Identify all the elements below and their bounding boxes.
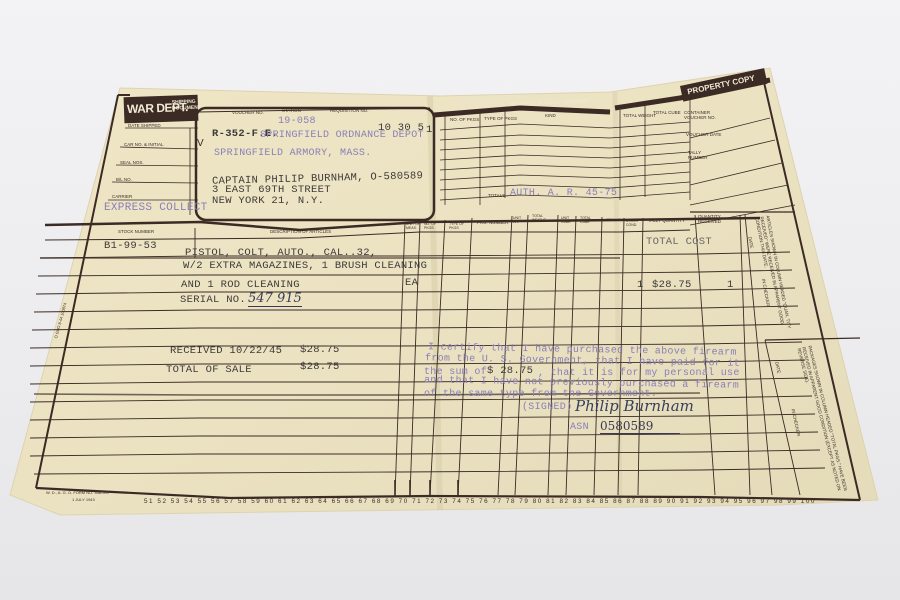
label-station: STATION bbox=[282, 108, 301, 113]
shipping-document-photo: WAR DEPT. SHIPPING DOCUMENT PROPERTY COP… bbox=[0, 0, 900, 600]
signed-label: (SIGNED) bbox=[522, 402, 572, 413]
asn-value: 0580589 bbox=[600, 419, 680, 434]
col-stock-number: STOCK NUMBER bbox=[118, 229, 154, 234]
sheet-value: 1 bbox=[426, 124, 433, 136]
col-tally-quantity: TALLY QUANTITY bbox=[648, 218, 685, 223]
recap-totals-label: TOTALS bbox=[488, 193, 505, 198]
total-cost-label: TOTAL COST bbox=[646, 236, 712, 248]
station-value: 19-058 bbox=[278, 116, 316, 127]
war-dept-header: WAR DEPT. SHIPPING DOCUMENT bbox=[124, 95, 199, 124]
col-description: DESCRIPTION OF ARTICLES bbox=[270, 229, 331, 234]
serial-label: SERIAL NO. bbox=[180, 294, 246, 306]
recap-col-pkgs: NO. OF PKGS bbox=[450, 117, 479, 122]
col-quantity-received: QUANTITY RECEIVED bbox=[698, 214, 728, 224]
form-type-label: SHIPPING DOCUMENT bbox=[172, 99, 198, 112]
total-of-sale-label: TOTAL OF SALE bbox=[166, 364, 252, 376]
bottom-tick-numbers: 51 52 53 54 55 56 57 58 59 60 61 62 63 6… bbox=[144, 498, 816, 505]
description-line3: AND 1 ROD CLEANING bbox=[181, 279, 300, 291]
form-date: 1 JULY 1943 bbox=[72, 497, 95, 502]
carrier-value: EXPRESS COLLECT bbox=[104, 202, 208, 214]
label-bl-no: B/L NO. bbox=[116, 177, 132, 182]
check-mark: V bbox=[197, 138, 204, 149]
form-number: W. D., A. G. O. Form No. 446-5-C bbox=[46, 490, 109, 495]
label-voucher-no: VOUCHER NO. bbox=[232, 110, 264, 115]
quantity-received-value: 1 bbox=[727, 279, 734, 291]
label-requisition-no: REQUISITION NO. bbox=[330, 108, 369, 113]
recap-col-kind: KIND bbox=[545, 113, 556, 118]
received-amount: $28.75 bbox=[300, 344, 340, 356]
col-unit-wt: UNIT WT. bbox=[513, 216, 527, 224]
total-of-sale-amount: $28.75 bbox=[300, 361, 340, 373]
stock-number-value: B1-99-53 bbox=[104, 240, 157, 252]
item-no-value: 1 bbox=[637, 279, 644, 291]
label-carrier: CARRIER bbox=[112, 194, 132, 199]
label-container-voucher: CONTAINER VOUCHER NO. bbox=[684, 110, 724, 120]
col-total-weight: TOTAL WEIGHT bbox=[532, 214, 556, 222]
label-voucher-date: VOUCHER DATE bbox=[686, 132, 721, 137]
serial-value: 547 915 bbox=[248, 291, 302, 307]
consignee-line3: NEW YORK 21, N.Y. bbox=[212, 195, 324, 207]
label-tally-number: TALLY NUMBER bbox=[688, 150, 712, 160]
col-unit-meas: UNIT OF MEAS. bbox=[406, 222, 420, 230]
asn-label: ASN bbox=[570, 422, 589, 433]
label-seal-nos: SEAL NOS. bbox=[120, 160, 144, 165]
col-stock-cond: STOCK COND. bbox=[626, 219, 642, 227]
col-total-cube: TOTAL CUBE bbox=[580, 216, 600, 224]
col-unit-cube: UNIT CUBE bbox=[561, 216, 575, 224]
recap-col-cube: TOTAL CUBE bbox=[653, 110, 681, 115]
signature: Philip Burnham bbox=[575, 397, 694, 415]
description-line1: PISTOL, COLT, AUTO., CAL..32, bbox=[185, 247, 376, 259]
col-no-pkgs: NO. OF PKGS bbox=[424, 222, 442, 230]
col-item-no: ITEM NO. bbox=[606, 218, 622, 222]
col-type-pkgs: TYPE OF PKGS bbox=[449, 222, 469, 230]
recap-col-weight: TOTAL WEIGHT bbox=[623, 113, 656, 118]
received-line: RECEIVED 10/22/45 bbox=[170, 345, 282, 357]
recap-col-type: TYPE OF PKGS bbox=[484, 116, 517, 121]
cert-amount: $ 28.75 bbox=[487, 365, 533, 377]
description-line2: W/2 EXTRA MAGAZINES, 1 BRUSH CLEANING bbox=[183, 260, 427, 272]
col-pkg-number: PKG. NUMBER bbox=[477, 220, 509, 225]
unit-of-measure-value: EA bbox=[405, 277, 418, 289]
shipper-line1: SPRINGFIELD ORDNANCE DEPOT bbox=[260, 130, 424, 141]
label-car-no: CAR NO. & INITIAL bbox=[124, 142, 164, 147]
label-date-shipped: DATE SHIPPED bbox=[128, 123, 161, 128]
item-cost-value: $28.75 bbox=[652, 279, 692, 291]
shipper-line2: SPRINGFIELD ARMORY, MASS. bbox=[214, 148, 372, 159]
auth-stamp: AUTH. A. R. 45-75 bbox=[510, 188, 617, 199]
